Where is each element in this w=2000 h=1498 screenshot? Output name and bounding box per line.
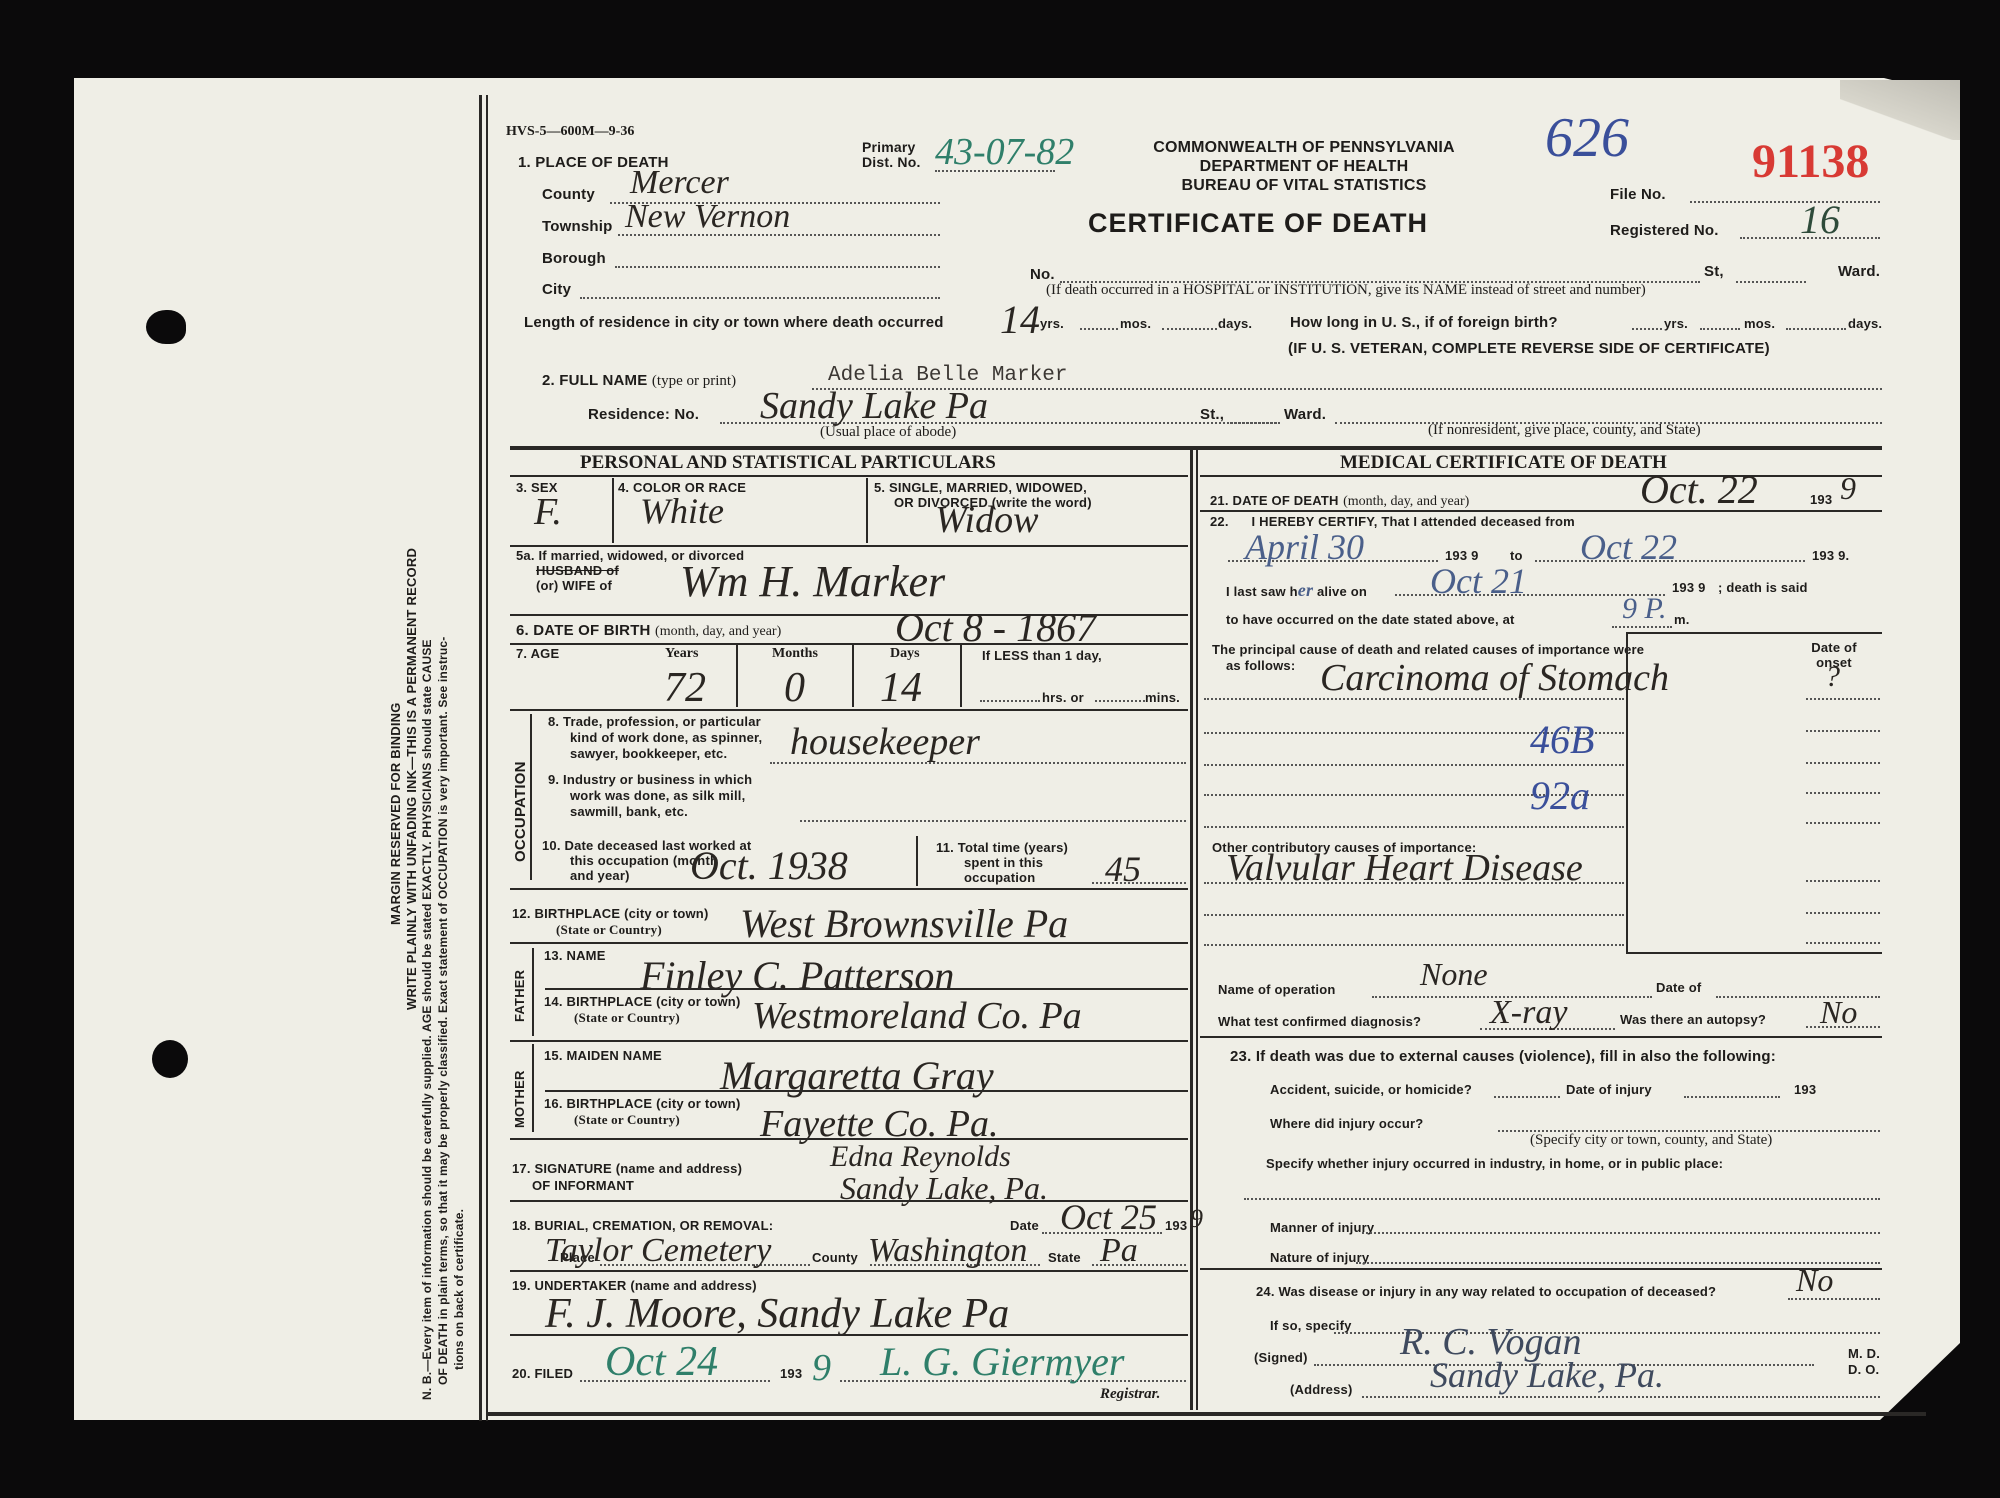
- father-bracket: [532, 948, 534, 1036]
- burial-county-label: County: [812, 1250, 858, 1265]
- onset-line-3: [1806, 762, 1880, 764]
- burial-year-digit: 9: [1190, 1204, 1203, 1234]
- foreign-yrs-line: [1632, 328, 1662, 330]
- cause-code-1: 46B: [1530, 716, 1594, 763]
- burial-label: 18. BURIAL, CREMATION, OR REMOVAL:: [512, 1218, 773, 1233]
- column-divider-inner: [1196, 450, 1198, 1410]
- foreign-days-line: [1786, 328, 1846, 330]
- margin-nb-2: OF DEATH in plain terms, so that it may …: [436, 637, 450, 1386]
- onset-value: ?: [1825, 660, 1840, 694]
- margin-ink-note: WRITE PLAINLY WITH UNFADING INK—THIS IS …: [404, 548, 419, 1010]
- trade-label-3: sawyer, bookkeeper, etc.: [548, 746, 762, 762]
- onset-line-1: [1806, 698, 1880, 700]
- occ-related-label: 24. Was disease or injury in any way rel…: [1256, 1284, 1716, 1299]
- onset-line-4: [1806, 792, 1880, 794]
- total-time-label-3: occupation: [936, 870, 1068, 885]
- dod-rule: [1200, 510, 1882, 512]
- if-so-label: If so, specify: [1270, 1318, 1352, 1333]
- borough-label: Borough: [542, 250, 606, 267]
- cause-code-2: 92a: [1530, 772, 1590, 819]
- accident-label: Accident, suicide, or homicide?: [1270, 1082, 1472, 1097]
- county-label: County: [542, 186, 595, 203]
- margin-nb-3: tions on back of certificate.: [452, 1209, 466, 1370]
- agency-bureau: BUREAU OF VITAL STATISTICS: [1134, 176, 1474, 195]
- onset-line-2: [1806, 730, 1880, 732]
- father-name-value: Finley C. Patterson: [640, 952, 954, 999]
- medical-heading-rule: [1200, 475, 1882, 477]
- total-time-label: 11. Total time (years) spent in this occ…: [936, 840, 1068, 885]
- full-name-label: 2. FULL NAME: [542, 372, 647, 389]
- street-ward-label: Ward.: [1838, 263, 1880, 280]
- accident-line: [1494, 1096, 1560, 1098]
- signed-label: (Signed): [1254, 1350, 1308, 1365]
- burial-year-prefix: 193: [1165, 1218, 1187, 1233]
- registrar-label: Registrar.: [1100, 1386, 1160, 1403]
- race-value: White: [640, 490, 724, 532]
- age-years-label: Years: [665, 646, 698, 662]
- frame-bottom: [486, 1412, 1926, 1416]
- filed-label: 20. FILED: [512, 1366, 573, 1381]
- total-time-label-1: 11. Total time (years): [936, 840, 1068, 855]
- residence-days-line: [1162, 328, 1217, 330]
- death-said-label: ; death is said: [1718, 580, 1808, 595]
- agency-department: DEPARTMENT OF HEALTH: [1134, 157, 1474, 176]
- mins-label: mins.: [1145, 690, 1180, 705]
- mother-bp-label-1: 16. BIRTHPLACE (city or town): [544, 1096, 740, 1112]
- where-label: Where did injury occur?: [1270, 1116, 1423, 1131]
- residence-st-label: St.,: [1200, 406, 1224, 423]
- manner-line: [1362, 1232, 1880, 1234]
- full-name-sub: (type or print): [652, 373, 736, 389]
- residence-value: Sandy Lake Pa: [760, 384, 988, 428]
- injury-date-label: Date of injury: [1566, 1082, 1652, 1097]
- row-rule-10: [510, 1270, 1188, 1272]
- occ-related-value: No: [1796, 1262, 1833, 1299]
- age-divider-2: [852, 645, 854, 707]
- margin-nb-1: N. B.—Every item of information should b…: [420, 639, 434, 1400]
- alive-on-text: alive on: [1317, 584, 1367, 599]
- file-no-line: [1690, 201, 1880, 203]
- burial-state-value: Pa: [1100, 1232, 1138, 1270]
- residence-ward-label: Ward.: [1284, 406, 1326, 423]
- residence-mos-line: [1080, 328, 1118, 330]
- punch-hole-bottom: [152, 1040, 188, 1078]
- township-value: New Vernon: [625, 198, 790, 236]
- county-value: Mercer: [630, 164, 729, 202]
- registered-no-label: Registered No.: [1610, 222, 1719, 239]
- birthplace-label-2: (State or Country): [512, 922, 708, 938]
- physician-address: Sandy Lake, Pa.: [1430, 1354, 1664, 1396]
- trade-label-2: kind of work done, as spinner,: [548, 730, 762, 746]
- external-label: 23. If death was due to external causes …: [1230, 1048, 1776, 1065]
- cause-line-5: [1204, 826, 1624, 828]
- primary-label: Primary: [862, 140, 921, 155]
- father-side-label: FATHER: [512, 970, 527, 1022]
- trade-label: 8. Trade, profession, or particular kind…: [548, 714, 762, 762]
- mother-birthplace-label: 16. BIRTHPLACE (city or town) (State or …: [544, 1096, 740, 1128]
- manner-label: Manner of injury: [1270, 1220, 1374, 1235]
- mins-line: [1095, 700, 1145, 702]
- city-line: [580, 297, 940, 299]
- annotation-number: 626: [1545, 106, 1629, 170]
- last-saw-pronoun: er: [1298, 580, 1313, 600]
- last-worked-divider: [916, 836, 918, 886]
- operation-date-label: Date of: [1656, 980, 1701, 995]
- residence-ward-line: [1230, 422, 1280, 424]
- foreign-yrs-label: yrs.: [1664, 316, 1688, 331]
- operation-label: Name of operation: [1218, 982, 1336, 997]
- m-label: m.: [1674, 612, 1690, 627]
- punch-hole-top: [146, 310, 186, 344]
- father-rule: [545, 988, 1188, 990]
- row-rule-3: [510, 643, 1188, 645]
- informant-name: Edna Reynolds: [830, 1140, 1011, 1174]
- injury-year-prefix: 193: [1794, 1082, 1816, 1097]
- contrib-line-2: [1204, 914, 1624, 916]
- abode-note: (Usual place of abode): [820, 424, 956, 441]
- folded-corner: [1840, 80, 1960, 140]
- marital-value: Widow: [935, 498, 1038, 542]
- foreign-mos-label: mos.: [1744, 316, 1775, 331]
- birthplace-label-1: 12. BIRTHPLACE (city or town): [512, 906, 708, 922]
- contrib-line-3: [1204, 944, 1624, 946]
- city-label: City: [542, 281, 571, 298]
- mother-bracket: [532, 1044, 534, 1132]
- certificate-title: CERTIFICATE OF DEATH: [1088, 208, 1428, 239]
- dod-year-digit: 9: [1840, 470, 1856, 507]
- age-divider-1: [736, 645, 738, 707]
- frame-left: [479, 95, 482, 1421]
- primary-dist-label: Primary Dist. No.: [862, 140, 921, 170]
- mother-rule: [545, 1090, 1188, 1092]
- address-label: (Address): [1290, 1382, 1352, 1397]
- veteran-note: (IF U. S. VETERAN, COMPLETE REVERSE SIDE…: [1288, 340, 1770, 357]
- spouse-value: Wm H. Marker: [680, 556, 945, 607]
- frame-left-inner: [486, 95, 488, 1421]
- trade-label-1: 8. Trade, profession, or particular: [548, 714, 762, 730]
- specify-line: [1244, 1198, 1880, 1200]
- dob-label: 6. DATE OF BIRTH: [516, 622, 651, 639]
- occurred-label: to have occurred on the date stated abov…: [1226, 612, 1515, 627]
- last-saw-text: I last saw h: [1226, 584, 1298, 599]
- birthplace-label: 12. BIRTHPLACE (city or town) (State or …: [512, 906, 708, 938]
- specify-label: Specify whether injury occurred in indus…: [1266, 1156, 1723, 1171]
- test-value: X-ray: [1490, 994, 1567, 1032]
- hrs-line: [980, 700, 1040, 702]
- dod-year-prefix: 193: [1810, 492, 1832, 507]
- industry-label-3: sawmill, bank, etc.: [548, 804, 752, 820]
- registered-no-value: 16: [1800, 196, 1840, 243]
- nature-label: Nature of injury: [1270, 1250, 1369, 1265]
- street-no-label: No.: [1030, 266, 1055, 283]
- onset-line-8: [1806, 942, 1880, 944]
- age-label: 7. AGE: [516, 646, 559, 661]
- filed-year-prefix: 193: [780, 1366, 802, 1381]
- medical-heading: MEDICAL CERTIFICATE OF DEATH: [1340, 452, 1667, 474]
- injury-date-line: [1684, 1096, 1780, 1098]
- registrar-signature: L. G. Giermyer: [880, 1338, 1124, 1385]
- agency-commonwealth: COMMONWEALTH OF PENNSYLVANIA: [1134, 138, 1474, 157]
- street-ward-line: [1736, 281, 1806, 283]
- attended-to-year: 193 9.: [1812, 548, 1849, 563]
- foreign-days-label: days.: [1848, 316, 1882, 331]
- trade-value: housekeeper: [790, 720, 980, 764]
- occupation-bracket: [530, 714, 532, 880]
- file-number-stamp: 91138: [1752, 134, 1869, 189]
- residence-yrs-label: yrs.: [1040, 316, 1064, 331]
- informant-label-1: 17. SIGNATURE (name and address): [512, 1161, 742, 1176]
- last-saw-year: 193 9: [1672, 580, 1706, 595]
- street-st-label: St,: [1704, 263, 1724, 280]
- onset-line-7: [1806, 912, 1880, 914]
- attended-from-value: April 30: [1245, 526, 1364, 568]
- principal-cause-value: Carcinoma of Stomach: [1320, 656, 1669, 700]
- md-label: M. D.: [1848, 1346, 1880, 1361]
- father-birthplace-value: Westmoreland Co. Pa: [752, 994, 1082, 1038]
- mother-side-label: MOTHER: [512, 1070, 527, 1128]
- row-rule-1: [510, 545, 1188, 547]
- contrib-line-1: [1204, 882, 1624, 884]
- column-divider: [1190, 450, 1193, 1410]
- sex-value: F.: [534, 490, 562, 534]
- onset-line-6: [1806, 880, 1880, 882]
- row-rule-4: [510, 709, 1188, 711]
- age-days-label: Days: [890, 646, 920, 662]
- row-rule-7: [510, 1040, 1188, 1042]
- father-bp-label-1: 14. BIRTHPLACE (city or town): [544, 994, 740, 1010]
- race-marital-divider: [866, 478, 868, 543]
- sex-race-divider: [612, 478, 614, 543]
- last-worked-value: Oct. 1938: [690, 842, 848, 889]
- file-no-label: File No.: [1610, 186, 1666, 203]
- dob-label-group: 6. DATE OF BIRTH (month, day, and year): [516, 622, 781, 640]
- dod-sub: (month, day, and year): [1343, 494, 1469, 509]
- marital-label-1: 5. SINGLE, MARRIED, WIDOWED,: [874, 480, 1092, 495]
- burial-state-label: State: [1048, 1250, 1081, 1265]
- where-note: (Specify city or town, county, and State…: [1530, 1132, 1772, 1149]
- hospital-note: (If death occurred in a HOSPITAL or INST…: [1046, 282, 1646, 299]
- form-code: HVS-5—600M—9-36: [506, 124, 634, 140]
- nature-rule: [1200, 1268, 1882, 1270]
- informant-label: 17. SIGNATURE (name and address) OF INFO…: [512, 1160, 742, 1194]
- cause-line-3: [1204, 764, 1624, 766]
- age-divider-3: [960, 645, 962, 707]
- row-rule-5: [510, 888, 1188, 890]
- undertaker-value: F. J. Moore, Sandy Lake Pa: [545, 1290, 1009, 1338]
- address-line: [1362, 1396, 1880, 1398]
- burial-place-value: Taylor Cemetery: [545, 1232, 771, 1270]
- personal-heading-rule: [510, 475, 1188, 477]
- occupation-side-label: OCCUPATION: [512, 761, 529, 862]
- time-line: [1612, 626, 1672, 628]
- age-months-label: Months: [772, 646, 818, 662]
- residence-years-value: 14: [1000, 296, 1040, 343]
- mother-name-label: 15. MAIDEN NAME: [544, 1048, 662, 1063]
- onset-box-bottom: [1626, 952, 1882, 954]
- industry-label: 9. Industry or business in which work wa…: [548, 772, 752, 820]
- dist-no-label: Dist. No.: [862, 155, 921, 170]
- dod-label-group: 21. DATE OF DEATH (month, day, and year): [1210, 492, 1469, 510]
- test-label: What test confirmed diagnosis?: [1218, 1014, 1421, 1029]
- burial-county-value: Washington: [868, 1232, 1027, 1270]
- cause-line-1: [1204, 698, 1624, 700]
- age-years-value: 72: [664, 664, 706, 712]
- attended-to-value: Oct 22: [1580, 526, 1677, 568]
- autopsy-value: No: [1820, 994, 1857, 1031]
- residence-label: Residence: No.: [588, 406, 699, 423]
- informant-label-2: OF INFORMANT: [512, 1177, 742, 1194]
- last-saw-value: Oct 21: [1430, 560, 1527, 602]
- industry-line: [800, 820, 1186, 822]
- onset-line-5: [1806, 822, 1880, 824]
- primary-dist-number: 43-07-82: [935, 130, 1074, 174]
- nonresident-note: (If nonresident, give place, county, and…: [1428, 422, 1701, 439]
- dob-sub: (month, day, and year): [655, 624, 781, 639]
- residence-days-label: days.: [1218, 316, 1252, 331]
- mother-bp-label-2: (State or Country): [544, 1112, 740, 1128]
- last-saw-label: I last saw her alive on: [1226, 580, 1367, 601]
- total-time-label-2: spent in this: [936, 855, 1068, 870]
- hrs-label: hrs. or: [1042, 690, 1084, 705]
- foreign-mos-line: [1700, 328, 1740, 330]
- row-rule-6: [510, 942, 1188, 944]
- row-rule-11: [510, 1334, 1188, 1336]
- industry-label-1: 9. Industry or business in which: [548, 772, 752, 788]
- dod-value: Oct. 22: [1640, 466, 1758, 513]
- autopsy-label: Was there an autopsy?: [1620, 1012, 1766, 1027]
- father-birthplace-label: 14. BIRTHPLACE (city or town) (State or …: [544, 994, 740, 1026]
- time-value: 9 P.: [1622, 592, 1666, 626]
- total-time-value: 45: [1105, 848, 1141, 890]
- dod-label: 21. DATE OF DEATH: [1210, 493, 1339, 508]
- filed-date-value: Oct 24: [605, 1338, 718, 1386]
- father-name-label: 13. NAME: [544, 948, 606, 963]
- burial-date-label: Date: [1010, 1218, 1039, 1233]
- personal-heading: PERSONAL AND STATISTICAL PARTICULARS: [580, 452, 996, 474]
- filed-year-digit: 9: [812, 1346, 831, 1390]
- full-name-label-group: 2. FULL NAME (type or print): [542, 372, 736, 390]
- foreign-birth-label: How long in U. S., if of foreign birth?: [1290, 314, 1558, 331]
- township-label: Township: [542, 218, 612, 235]
- birthplace-value: West Brownsville Pa: [740, 900, 1068, 947]
- margin-binding-note: MARGIN RESERVED FOR BINDING: [388, 702, 403, 925]
- onset-box-top: [1626, 632, 1882, 634]
- borough-line: [615, 266, 940, 268]
- agency-block: COMMONWEALTH OF PENNSYLVANIA DEPARTMENT …: [1134, 138, 1474, 195]
- operation-value: None: [1420, 956, 1488, 993]
- residence-length-label: Length of residence in city or town wher…: [524, 314, 944, 331]
- do-label: D. O.: [1848, 1362, 1879, 1377]
- age-days-value: 14: [880, 664, 922, 712]
- father-bp-label-2: (State or Country): [544, 1010, 740, 1026]
- autopsy-rule: [1200, 1036, 1882, 1038]
- less-day-label: If LESS than 1 day,: [982, 648, 1102, 663]
- age-months-value: 0: [784, 664, 805, 712]
- industry-label-2: work was done, as silk mill,: [548, 788, 752, 804]
- residence-mos-label: mos.: [1120, 316, 1151, 331]
